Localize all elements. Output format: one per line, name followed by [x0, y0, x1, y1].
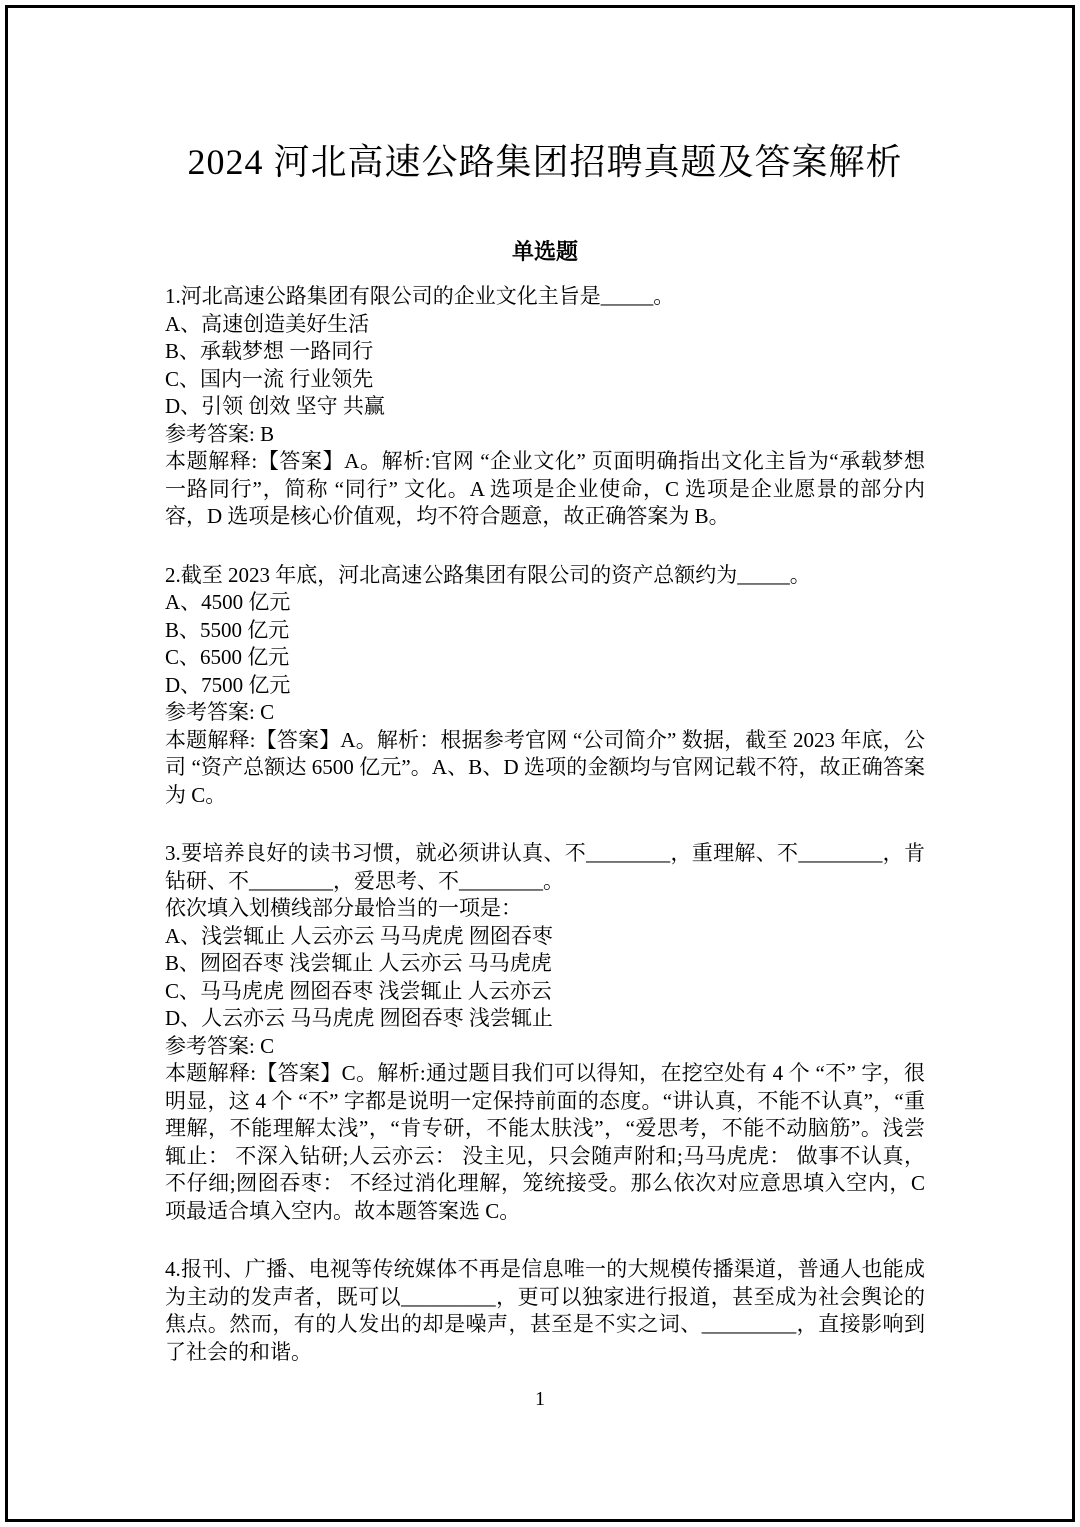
question-3-explanation: 本题解释:【答案】C。解析:通过题目我们可以得知，在挖空处有 4 个 “不” 字… [165, 1060, 925, 1225]
question-1-option-a: A、高速创造美好生活 [165, 311, 925, 339]
question-3: 3.要培养良好的读书习惯，就必须讲认真、不________，重理解、不_____… [165, 840, 925, 1225]
question-3-reference-answer: 参考答案: C [165, 1033, 925, 1061]
question-2-option-d: D、7500 亿元 [165, 672, 925, 700]
question-2-explanation: 本题解释:【答案】A。解析：根据参考官网 “公司简介” 数据，截至 2023 年… [165, 727, 925, 810]
question-1: 1.河北高速公路集团有限公司的企业文化主旨是_____。 A、高速创造美好生活 … [165, 283, 925, 531]
question-2-option-c: C、6500 亿元 [165, 644, 925, 672]
question-3-option-b: B、囫囵吞枣 浅尝辄止 人云亦云 马马虎虎 [165, 950, 925, 978]
question-1-option-c: C、国内一流 行业领先 [165, 366, 925, 394]
question-3-option-a: A、浅尝辄止 人云亦云 马马虎虎 囫囵吞枣 [165, 923, 925, 951]
question-4-stem: 4.报刊、广播、电视等传统媒体不再是信息唯一的大规模传播渠道，普通人也能成为主动… [165, 1256, 925, 1366]
question-3-option-c: C、马马虎虎 囫囵吞枣 浅尝辄止 人云亦云 [165, 978, 925, 1006]
question-2-reference-answer: 参考答案: C [165, 699, 925, 727]
page-title: 2024 河北高速公路集团招聘真题及答案解析 [165, 140, 925, 185]
question-1-stem: 1.河北高速公路集团有限公司的企业文化主旨是_____。 [165, 283, 925, 311]
question-3-prompt: 依次填入划横线部分最恰当的一项是： [165, 895, 925, 923]
question-2-option-b: B、5500 亿元 [165, 617, 925, 645]
question-1-option-b: B、承载梦想 一路同行 [165, 338, 925, 366]
question-1-option-d: D、引领 创效 坚守 共赢 [165, 393, 925, 421]
question-2-option-a: A、4500 亿元 [165, 589, 925, 617]
document-page: 2024 河北高速公路集团招聘真题及答案解析 单选题 1.河北高速公路集团有限公… [0, 0, 1080, 1527]
question-3-stem: 3.要培养良好的读书习惯，就必须讲认真、不________，重理解、不_____… [165, 840, 925, 895]
page-number: 1 [0, 1387, 1080, 1411]
section-heading: 单选题 [165, 238, 925, 266]
question-4: 4.报刊、广播、电视等传统媒体不再是信息唯一的大规模传播渠道，普通人也能成为主动… [165, 1256, 925, 1366]
question-2: 2.截至 2023 年底，河北高速公路集团有限公司的资产总额约为_____。 A… [165, 562, 925, 810]
question-1-explanation: 本题解释:【答案】A。解析:官网 “企业文化” 页面明确指出文化主旨为“承载梦想… [165, 448, 925, 531]
question-1-reference-answer: 参考答案: B [165, 421, 925, 449]
page-content: 2024 河北高速公路集团招聘真题及答案解析 单选题 1.河北高速公路集团有限公… [165, 0, 925, 1397]
question-3-option-d: D、人云亦云 马马虎虎 囫囵吞枣 浅尝辄止 [165, 1005, 925, 1033]
question-2-stem: 2.截至 2023 年底，河北高速公路集团有限公司的资产总额约为_____。 [165, 562, 925, 590]
